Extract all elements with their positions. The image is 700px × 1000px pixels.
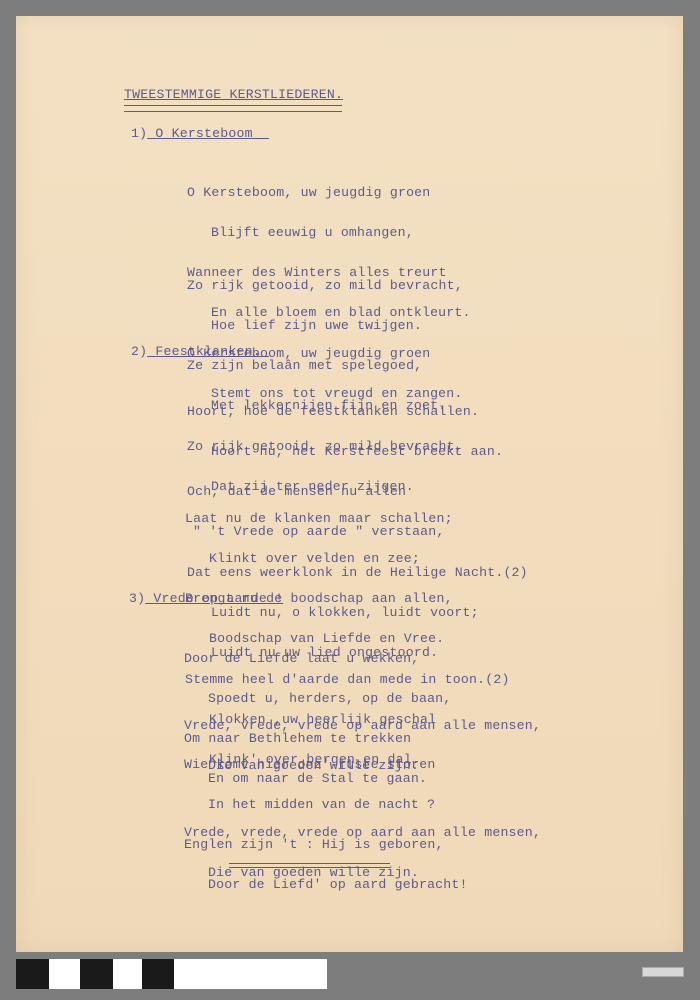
song-title: Vrede op aarde ! — [153, 591, 283, 606]
verse-line: Die van goeden wille zijn. — [184, 866, 541, 879]
verse-3-4: Vrede, vrede, vrede op aard aan alle men… — [184, 799, 541, 893]
song-title: O Kersteboom — [155, 126, 252, 141]
song-number: 2) — [131, 344, 147, 359]
verse-line: Door de Liefde laat u wekken, — [184, 652, 451, 665]
verse-line: O Kersteboom, uw jeugdig groen — [187, 186, 471, 199]
title-double-rule — [124, 105, 342, 112]
song-heading-3: 3)_Vrede op aarde ! — [129, 592, 283, 605]
verse-line: Laat nu de klanken maar schallen; — [185, 512, 510, 525]
closing-double-rule — [229, 863, 390, 868]
song-number: 1) — [131, 126, 147, 141]
song-title: Feestklanken. — [155, 344, 260, 359]
song-heading-1: 1)_O Kersteboom__ — [131, 127, 269, 140]
verse-line: Hoort nu, het Kerstfeest breekt aan. — [187, 445, 528, 458]
color-scale-bar — [16, 959, 327, 989]
verse-line: Wie komt hier onz' ruste storen — [184, 758, 468, 771]
document-title: TWEESTEMMIGE KERSTLIEDEREN. — [124, 88, 343, 101]
verse-line: Hoe lief zijn uwe twijgen. — [187, 319, 463, 332]
verse-line: Klinkt over velden en zee; — [185, 552, 510, 565]
archive-label — [642, 967, 684, 977]
verse-line: Ze zijn belaân met spelegoed, — [187, 359, 463, 372]
verse-line: Hoort, hoe de feestklanken schallen. — [187, 405, 528, 418]
verse-line: Vrede, vrede, vrede op aard aan alle men… — [184, 826, 541, 839]
song-heading-2: 2)_Feestklanken._ — [131, 345, 269, 358]
song-number: 3) — [129, 591, 145, 606]
verse-line: Blijft eeuwig u omhangen, — [187, 226, 471, 239]
verse-line: Zo rijk getooid, zo mild bevracht, — [187, 279, 463, 292]
